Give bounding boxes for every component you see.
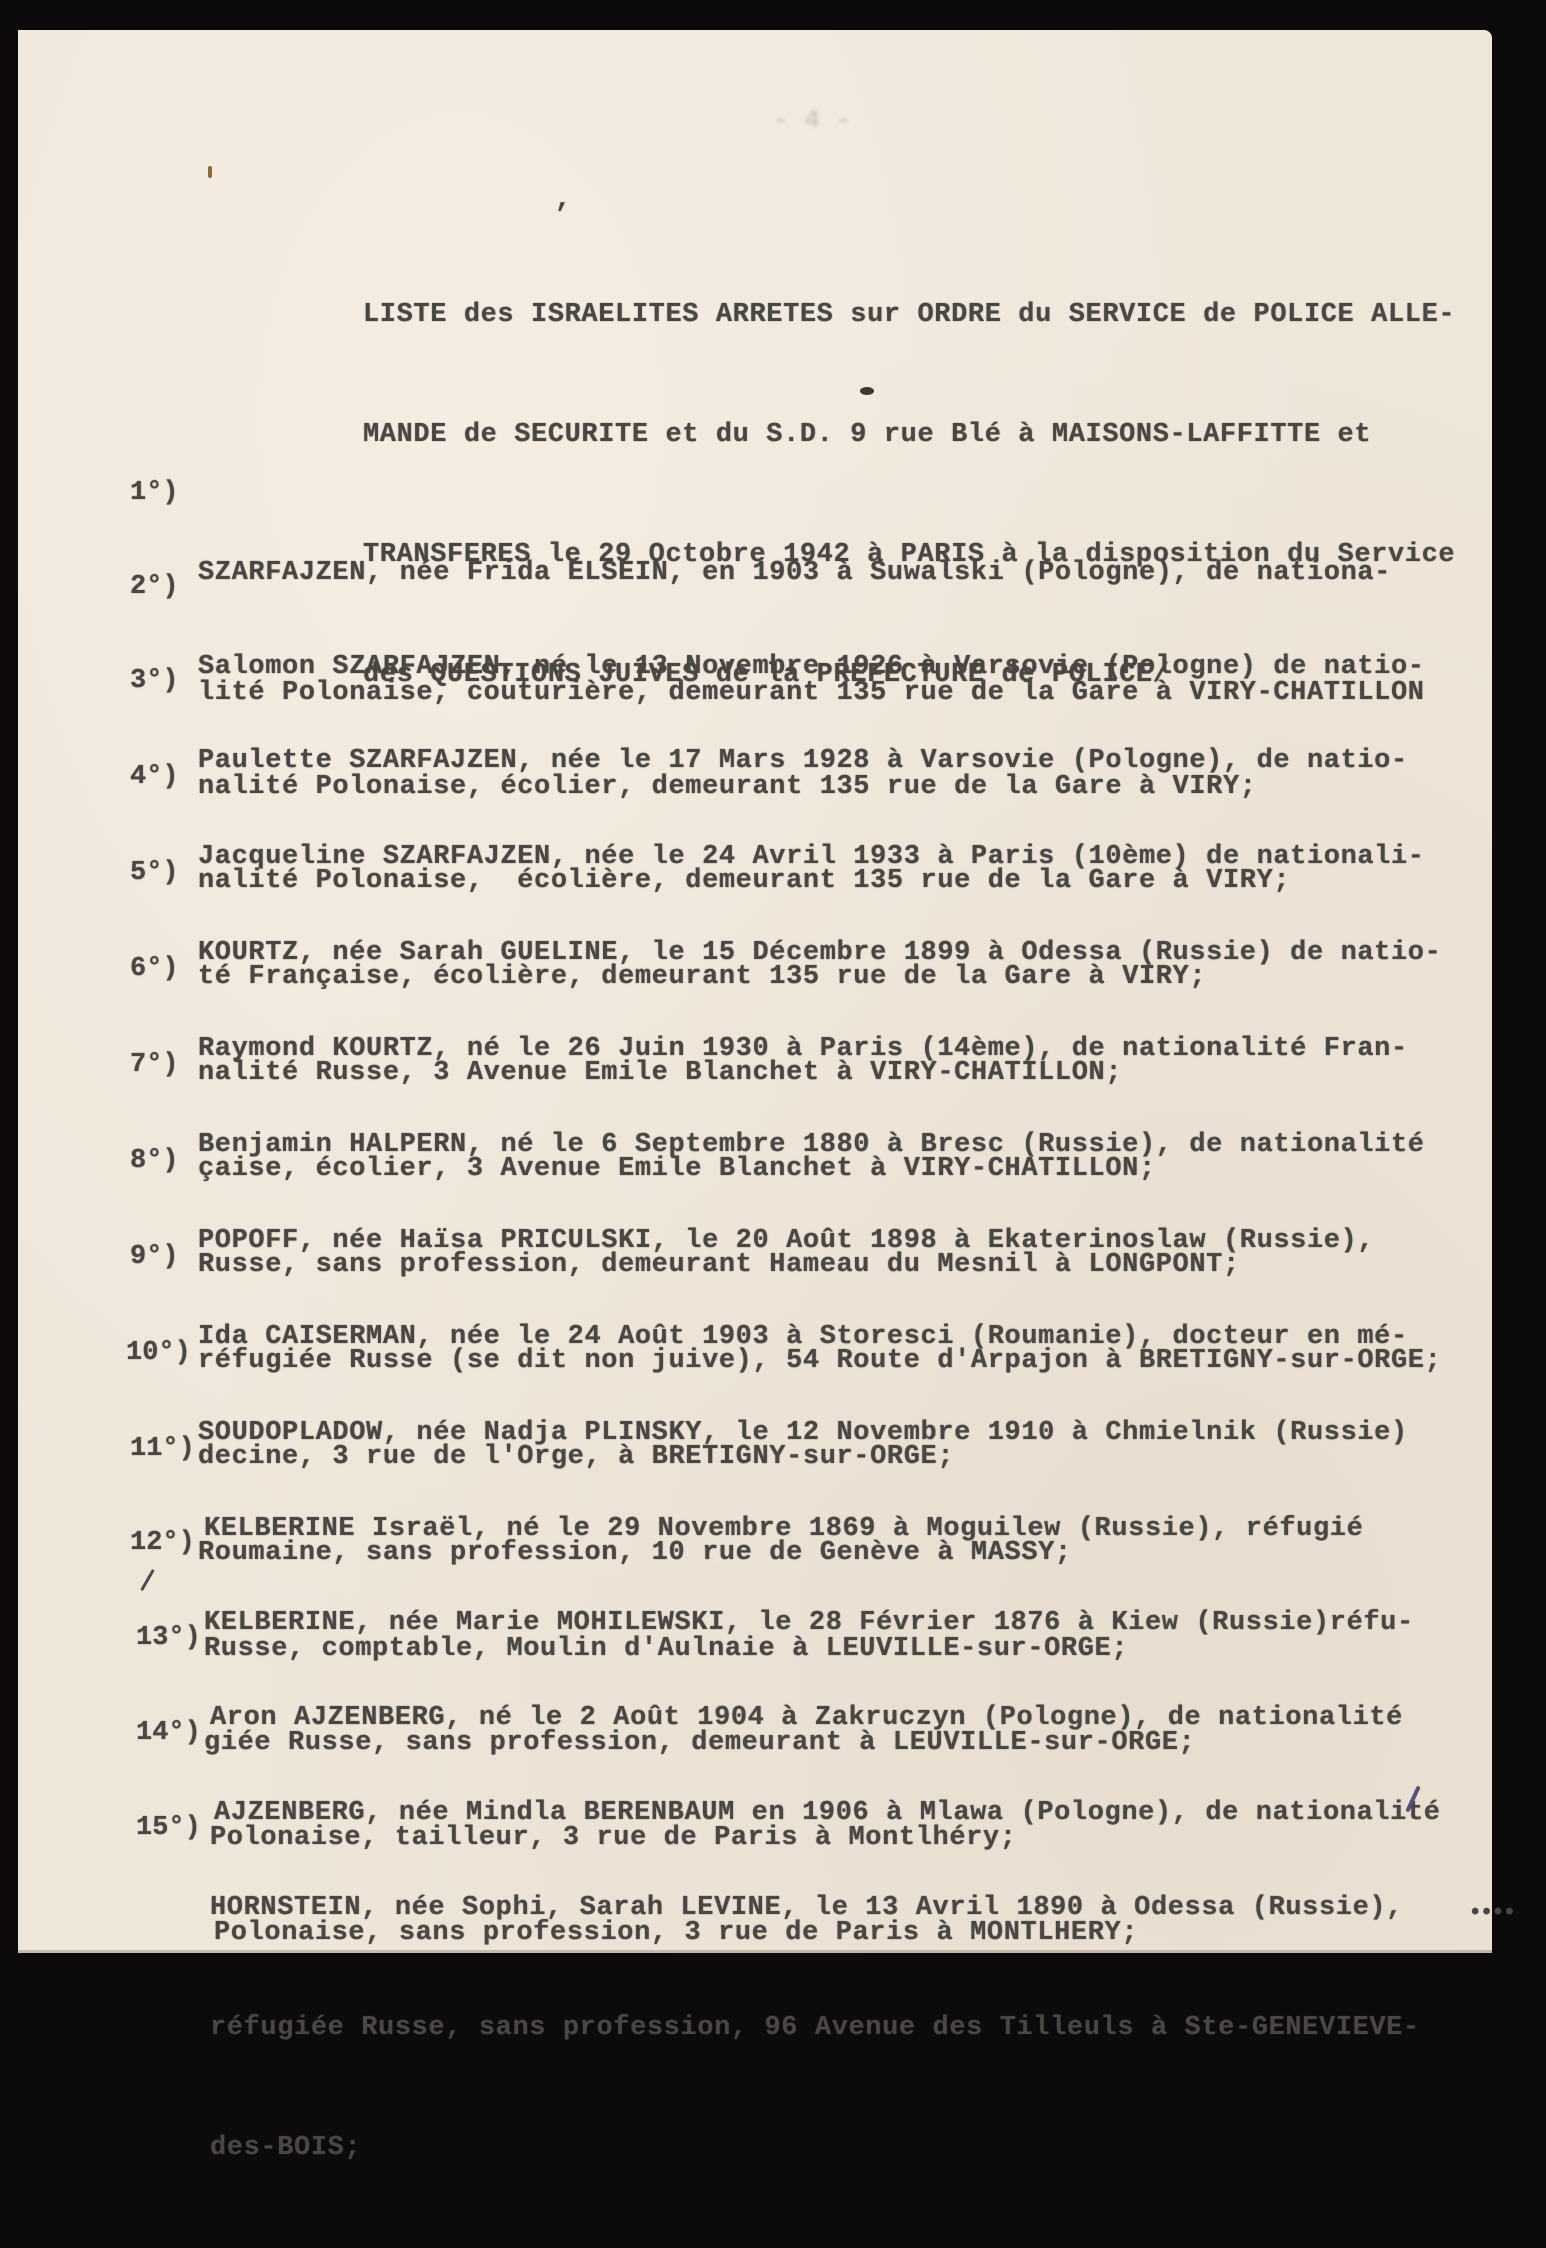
document-page: - 4 - , LISTE des ISRAELITES ARRETES sur… [18, 30, 1492, 1953]
entry-number: 14°) [136, 1713, 201, 1753]
entry-number: 12°) [130, 1523, 195, 1563]
paper-stain [208, 166, 212, 178]
entry-text: HORNSTEIN, née Sophi, Sarah LEVINE, le 1… [210, 1808, 1420, 2000]
entry-number: 10°) [126, 1333, 191, 1373]
title-comma: , [555, 180, 572, 220]
entry-number: 13°) [136, 1618, 201, 1658]
entry-number: 7°) [130, 1045, 179, 1085]
entry-number: 2°) [130, 567, 179, 607]
entry-number: 4°) [130, 757, 179, 797]
title-line: MANDE de SECURITE et du S.D. 9 rue Blé à… [363, 415, 1455, 455]
entry-number: 8°) [130, 1141, 179, 1181]
title-line: LISTE des ISRAELITES ARRETES sur ORDRE d… [363, 295, 1455, 335]
separator-mark [860, 387, 874, 395]
entry-number: 5°) [130, 853, 179, 893]
continuation-mark: •••• [1468, 1900, 1514, 1927]
entry-number: 15°) [136, 1808, 201, 1848]
entry-number: 6°) [130, 949, 179, 989]
entry-number: 9°) [130, 1237, 179, 1277]
entry-number: 11°) [130, 1429, 195, 1469]
entry-number: 3°) [130, 661, 179, 701]
entry-line: HORNSTEIN, née Sophi, Sarah LEVINE, le 1… [210, 1888, 1420, 1928]
pencil-mark [140, 1569, 155, 1591]
page-number-bleed-through: - 4 - [773, 105, 851, 135]
entry-number: 1°) [130, 473, 179, 513]
